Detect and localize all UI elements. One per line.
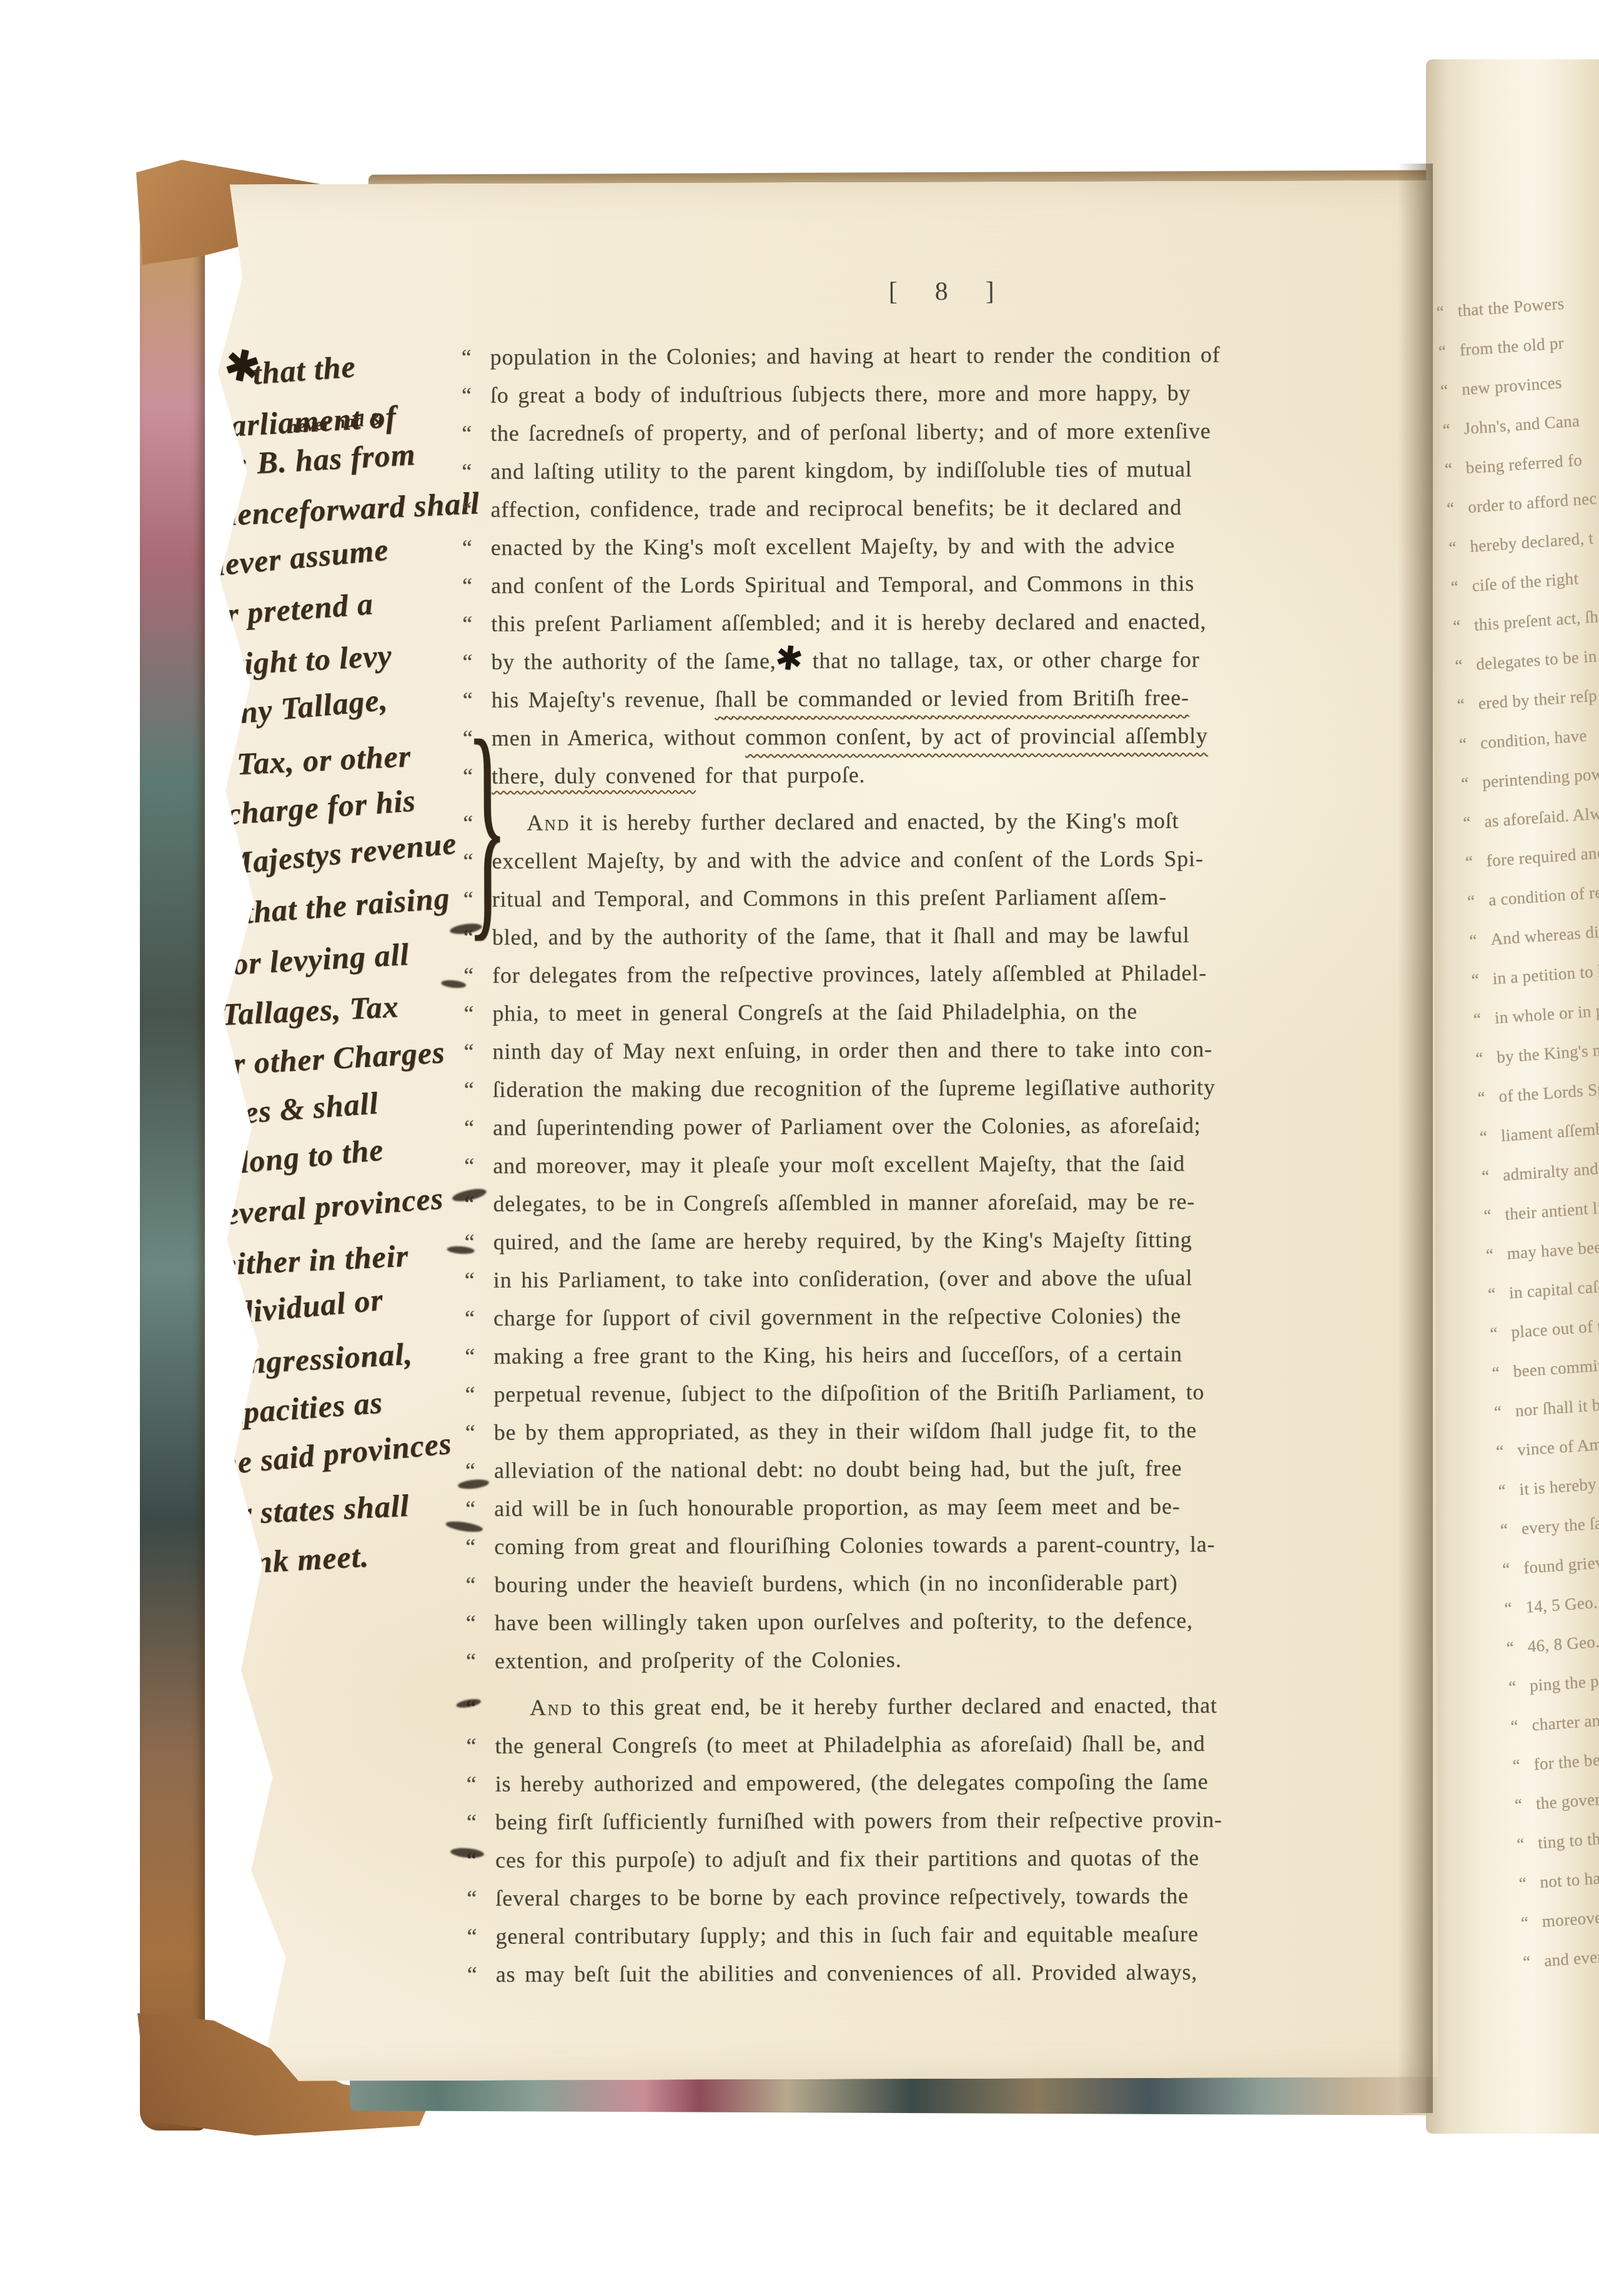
printed-line-text: alleviation of the national debt: no dou… bbox=[494, 1455, 1182, 1484]
quote-mark: “ bbox=[1473, 1008, 1495, 1029]
printed-line: “general contributary ſupply; and this i… bbox=[467, 1920, 1422, 1961]
printed-line-text: affection, confidence, trade and recipro… bbox=[490, 494, 1182, 523]
printed-line-text: quired, and the ſame are hereby required… bbox=[493, 1226, 1192, 1255]
quote-mark: “ bbox=[1508, 1677, 1530, 1697]
printed-line: “and conſent of the Lords Spiritual and … bbox=[462, 569, 1418, 611]
printed-line: “and ſuperintending power of Parliament … bbox=[464, 1111, 1420, 1153]
printed-line-text: and moreover, may it pleaſe your moſt ex… bbox=[493, 1150, 1185, 1179]
quote-mark: “ bbox=[466, 1733, 495, 1759]
quote-mark: “ bbox=[1450, 576, 1473, 597]
printed-line: “ces for this purpoſe) to adjuſt and fix… bbox=[467, 1844, 1422, 1885]
printed-line-text: men in America, without common conſent, … bbox=[492, 722, 1208, 751]
printed-line-text: charge for ſupport of civil government i… bbox=[493, 1303, 1181, 1331]
quote-mark: “ bbox=[1436, 302, 1458, 322]
quote-mark: “ bbox=[1493, 1401, 1516, 1422]
quote-mark: “ bbox=[1522, 1951, 1545, 1972]
quote-mark: “ bbox=[467, 1771, 495, 1797]
quote-mark: “ bbox=[1512, 1755, 1535, 1775]
quote-mark: “ bbox=[1446, 498, 1468, 518]
quote-mark: “ bbox=[465, 1381, 493, 1407]
quote-mark: “ bbox=[463, 725, 492, 751]
printed-text: “population in the Colonies; and having … bbox=[462, 341, 1423, 1999]
quote-mark: “ bbox=[1487, 1283, 1510, 1304]
margin-note-text: think meet. bbox=[217, 1538, 370, 1581]
quote-mark: “ bbox=[463, 886, 492, 912]
margin-note-text: that the bbox=[252, 348, 357, 391]
quote-mark: “ bbox=[1444, 458, 1467, 479]
printed-line: “And to this great end, be it hereby fur… bbox=[466, 1692, 1422, 1733]
margin-note-text: capacities as bbox=[212, 1384, 384, 1432]
quote-mark: “ bbox=[1510, 1716, 1533, 1737]
printed-line-text: bled, and by the authority of the ſame, … bbox=[492, 922, 1190, 950]
quote-mark: “ bbox=[1442, 419, 1465, 440]
printed-line-text: as may beſt ſuit the abilities and conve… bbox=[496, 1959, 1197, 1988]
printed-line: “as may beſt ſuit the abilities and conv… bbox=[467, 1958, 1423, 1999]
margin-note-text: does & shall bbox=[210, 1085, 380, 1132]
quote-mark: “ bbox=[465, 1267, 493, 1293]
printed-line-text: and laſting utility to the parent kingdo… bbox=[490, 456, 1192, 485]
printed-line-text: his Majeſty's revenue, ſhall be commande… bbox=[492, 684, 1189, 713]
printed-line-text: the ſacredneſs of property, and of perſo… bbox=[490, 418, 1211, 446]
printed-line: “affection, confidence, trade and recipr… bbox=[462, 493, 1417, 535]
printed-line-text: population in the Colonies; and having a… bbox=[490, 342, 1220, 370]
printed-line: “perpetual revenue, ſubject to the diſpo… bbox=[465, 1378, 1420, 1419]
printed-line-text: being firſt ſufficiently furniſhed with … bbox=[495, 1806, 1222, 1835]
quote-mark: “ bbox=[467, 1885, 495, 1911]
quote-mark: “ bbox=[1469, 930, 1492, 950]
quote-mark: “ bbox=[1518, 1873, 1541, 1893]
margin-note-text: Tax, or other bbox=[236, 738, 412, 781]
margin-note-text: Tallages, Tax bbox=[220, 988, 400, 1032]
quote-mark: “ bbox=[462, 535, 491, 561]
quote-mark: “ bbox=[462, 382, 490, 408]
printed-line: “his Majeſty's revenue, ſhall be command… bbox=[463, 684, 1418, 725]
quote-mark: “ bbox=[465, 1343, 493, 1369]
quote-mark: “ bbox=[1517, 1833, 1539, 1854]
quote-mark: “ bbox=[462, 573, 491, 599]
printed-line-text: And to this great end, be it hereby furt… bbox=[495, 1692, 1217, 1721]
printed-line-text: phia, to meet in general Congreſs at the… bbox=[492, 998, 1137, 1027]
printed-line-text: ritual and Temporal, and Commons in this… bbox=[492, 884, 1167, 912]
printed-line: “population in the Colonies; and having … bbox=[462, 341, 1417, 382]
printed-line: “charge for ſupport of civil government … bbox=[465, 1302, 1420, 1343]
printed-line: “ſeveral charges to be borne by each pro… bbox=[467, 1882, 1422, 1923]
printed-line: “for delegates from the reſpective provi… bbox=[463, 959, 1419, 1000]
margin-note-text: & that the raising bbox=[210, 880, 451, 932]
quote-mark: “ bbox=[462, 649, 491, 675]
printed-line: “ritual and Temporal, and Commons in thi… bbox=[463, 883, 1419, 924]
quote-mark: “ bbox=[1463, 812, 1485, 833]
printed-line-text: perpetual revenue, ſubject to the diſpoſ… bbox=[493, 1379, 1204, 1407]
printed-line: “ninth day of May next enſuing, in order… bbox=[463, 1035, 1419, 1077]
quote-mark: “ bbox=[1471, 969, 1493, 990]
printed-line-text: ſideration the making due recognition of… bbox=[493, 1074, 1215, 1103]
printed-line: “there, duly convened for that purpoſe. bbox=[463, 760, 1418, 801]
quote-mark: “ bbox=[1490, 1323, 1512, 1343]
printed-line-text: ſo great a body of induſtrious ſubjects … bbox=[490, 380, 1191, 408]
printed-line: “be by them appropriated, as they in the… bbox=[465, 1416, 1421, 1457]
quote-mark: “ bbox=[463, 1038, 492, 1065]
printed-line-text: And it is hereby further declared and en… bbox=[492, 807, 1179, 836]
quote-mark: “ bbox=[462, 458, 490, 485]
printed-line-text: excellent Majeſty, by and with the advic… bbox=[492, 845, 1203, 874]
quote-mark: “ bbox=[1452, 616, 1475, 636]
printed-line: “the ſacredneſs of property, and of perſ… bbox=[462, 417, 1417, 458]
quote-mark: “ bbox=[465, 1419, 494, 1446]
quote-mark: “ bbox=[1520, 1912, 1543, 1933]
printed-line: “is hereby authorized and empowered, (th… bbox=[467, 1768, 1422, 1809]
next-page-text-clip: “that the Powers “from the old pr “new p… bbox=[1426, 247, 1599, 2126]
quote-mark: “ bbox=[1496, 1441, 1518, 1461]
margin-note-text: or pretend a bbox=[209, 586, 374, 633]
printed-line-text: in his Parliament, to take into conſider… bbox=[493, 1264, 1192, 1293]
quote-mark: “ bbox=[466, 1695, 495, 1721]
printed-line-text: and ſuperintending power of Parliament o… bbox=[493, 1112, 1201, 1141]
quote-mark: “ bbox=[463, 1000, 492, 1027]
quote-mark: “ bbox=[462, 420, 490, 446]
printed-line-text: bouring under the heavieſt burdens, whic… bbox=[494, 1569, 1177, 1598]
printed-line: “this preſent Parliament aſſembled; and … bbox=[462, 608, 1418, 649]
printed-line: “delegates, to be in Congreſs aſſembled … bbox=[464, 1188, 1420, 1229]
printed-line-text: enacted by the King's moſt excellent Maj… bbox=[491, 532, 1175, 561]
quote-mark: “ bbox=[1482, 1166, 1504, 1186]
margin-note-text: G: B. has from bbox=[214, 436, 417, 483]
printed-line: “coming from great and flouriſhing Colon… bbox=[465, 1530, 1421, 1572]
printed-line-text: making a free grant to the King, his hei… bbox=[493, 1341, 1182, 1369]
printed-line: “men in America, without common conſent,… bbox=[463, 722, 1418, 763]
printed-line: “making a free grant to the King, his he… bbox=[465, 1340, 1420, 1381]
quote-mark: “ bbox=[467, 1961, 496, 1988]
quote-mark: “ bbox=[466, 1610, 495, 1636]
quote-mark: “ bbox=[463, 962, 492, 988]
printed-line-text: for delegates from the reſpective provin… bbox=[492, 960, 1207, 988]
printed-line: “being firſt ſufficiently furniſhed with… bbox=[467, 1806, 1422, 1847]
gutter-shadow bbox=[1398, 164, 1433, 2113]
printed-line: “bouring under the heavieſt burdens, whi… bbox=[465, 1569, 1421, 1610]
printed-line-text: and conſent of the Lords Spiritual and T… bbox=[491, 570, 1194, 599]
photo-background: “that the Powers “from the old pr “new p… bbox=[0, 0, 1599, 2296]
printed-line-text: the general Congreſs (to meet at Philade… bbox=[495, 1730, 1205, 1759]
quote-mark: “ bbox=[465, 1495, 494, 1522]
printed-line-text: by the authority of the ſame,✱ that no t… bbox=[491, 646, 1199, 675]
printed-line: “in his Parliament, to take into conſide… bbox=[465, 1264, 1420, 1305]
printed-line: “ſideration the making due recognition o… bbox=[464, 1073, 1420, 1115]
printed-line: “by the authority of the ſame,✱ that no … bbox=[462, 646, 1418, 687]
printed-line-text: ces for this purpoſe) to adjuſt and fix … bbox=[495, 1845, 1199, 1873]
quote-mark: “ bbox=[1455, 655, 1477, 676]
printed-line: “aid will be in ſuch honourable proporti… bbox=[465, 1492, 1421, 1534]
printed-line-text: ſeveral charges to be borne by each prov… bbox=[495, 1883, 1189, 1911]
printed-line: “ſo great a body of induſtrious ſubjects… bbox=[462, 379, 1417, 420]
next-page-line-text: that the Powers bbox=[1457, 294, 1565, 320]
margin-note-text: belong to the bbox=[208, 1131, 385, 1182]
printed-line: “excellent Majeſty, by and with the advi… bbox=[463, 845, 1418, 886]
quote-mark: “ bbox=[1465, 851, 1487, 872]
printed-line-text: delegates, to be in Congreſs aſſembled i… bbox=[493, 1188, 1195, 1217]
quote-mark: “ bbox=[1467, 890, 1489, 911]
quote-mark: “ bbox=[467, 1809, 495, 1835]
quote-mark: “ bbox=[1479, 1126, 1502, 1147]
printed-line-text: ninth day of May next enſuing, in order … bbox=[492, 1036, 1212, 1065]
quote-mark: “ bbox=[462, 344, 490, 370]
printed-line: “have been willingly taken upon ourſelve… bbox=[466, 1607, 1422, 1648]
margin-note-text: congressional, bbox=[217, 1336, 413, 1381]
catchword: “that bbox=[468, 2149, 1426, 2178]
margin-note-text: right to levy bbox=[230, 638, 393, 681]
printed-line: “extention, and proſperity of the Coloni… bbox=[466, 1645, 1422, 1686]
quote-mark: “ bbox=[464, 1153, 493, 1179]
printed-line-text: coming from great and flouriſhing Coloni… bbox=[494, 1531, 1215, 1560]
quote-mark: “ bbox=[466, 1648, 495, 1674]
quote-mark: “ bbox=[1500, 1519, 1522, 1540]
printed-line: “enacted by the King's moſt excellent Ma… bbox=[462, 531, 1418, 573]
quote-mark: “ bbox=[1448, 537, 1471, 558]
quote-mark: “ bbox=[1461, 773, 1483, 794]
printed-line: “bled, and by the authority of the ſame,… bbox=[463, 921, 1419, 962]
quote-mark: “ bbox=[1475, 1048, 1498, 1068]
printed-line: “And it is hereby further declared and e… bbox=[463, 807, 1418, 848]
quote-mark: “ bbox=[464, 1115, 493, 1141]
margin-note-text: any Tallage, bbox=[222, 682, 389, 732]
printed-line-text: there, duly convened for that purpoſe. bbox=[492, 762, 865, 789]
quote-mark: “ bbox=[462, 611, 491, 637]
printed-line-text: general contributary ſupply; and this in… bbox=[495, 1921, 1198, 1949]
margin-note-text: or levying all bbox=[231, 937, 410, 982]
book-spine-edge bbox=[140, 170, 205, 2131]
printed-line-text: be by them appropriated, as they in thei… bbox=[494, 1417, 1197, 1446]
printed-line: “alleviation of the national debt: no do… bbox=[465, 1454, 1421, 1495]
margin-note-text: individual or bbox=[209, 1282, 385, 1333]
quote-mark: “ bbox=[463, 763, 492, 789]
quote-mark: “ bbox=[462, 496, 490, 523]
quote-mark: “ bbox=[1477, 1087, 1500, 1108]
next-page-text: “that the Powers “from the old pr “new p… bbox=[1436, 287, 1599, 1992]
catchword-text: that bbox=[1371, 2149, 1405, 2174]
quote-mark: “ bbox=[1504, 1598, 1527, 1619]
printed-line: “and laſting utility to the parent kingd… bbox=[462, 455, 1417, 496]
printed-line-text: aid will be in ſuch honourable proportio… bbox=[494, 1493, 1180, 1522]
marginalia: that the parliament of never had & G: B.… bbox=[209, 351, 488, 1590]
margin-note-text: or states shall bbox=[222, 1488, 410, 1532]
margin-note-text: never assume bbox=[205, 531, 390, 583]
printed-line-text: this preſent Parliament aſſembled; and i… bbox=[491, 608, 1206, 637]
printed-line-text: have been willingly taken upon ourſelves… bbox=[495, 1607, 1193, 1636]
quote-mark: “ bbox=[1352, 2149, 1371, 2174]
quote-mark: “ bbox=[1438, 341, 1460, 362]
quote-mark: “ bbox=[465, 1572, 494, 1598]
quote-mark: “ bbox=[1498, 1480, 1520, 1500]
page-number: [8] bbox=[798, 276, 1086, 307]
quote-mark: “ bbox=[1514, 1794, 1537, 1815]
quote-mark: “ bbox=[1492, 1362, 1514, 1382]
quote-mark: “ bbox=[464, 1077, 493, 1103]
printed-line: “and moreover, may it pleaſe your moſt e… bbox=[464, 1150, 1420, 1191]
printed-line: “phia, to meet in general Congreſs at th… bbox=[463, 997, 1419, 1038]
quote-mark: “ bbox=[1483, 1205, 1506, 1226]
bracket-right: ] bbox=[986, 277, 996, 306]
quote-mark: “ bbox=[463, 687, 492, 713]
quote-mark: “ bbox=[1458, 734, 1481, 754]
quote-mark: “ bbox=[1506, 1637, 1528, 1658]
printed-line: “the general Congreſs (to meet at Philad… bbox=[466, 1730, 1422, 1771]
quote-mark: “ bbox=[1440, 380, 1463, 400]
next-page-sliver: “that the Powers “from the old pr “new p… bbox=[1426, 59, 1599, 2134]
margin-note-text: several provinces bbox=[210, 1180, 444, 1232]
quote-mark: “ bbox=[1457, 694, 1479, 715]
page-number-value: 8 bbox=[935, 277, 949, 306]
book-page: [8] ✱ that the parliament of never had &… bbox=[186, 180, 1439, 2082]
quote-mark: “ bbox=[463, 810, 492, 836]
quote-mark: “ bbox=[1502, 1559, 1525, 1579]
printed-line-text: is hereby authorized and empowered, (the… bbox=[495, 1768, 1209, 1797]
quote-mark: “ bbox=[1485, 1244, 1508, 1265]
quote-mark: “ bbox=[467, 1923, 495, 1949]
bracket-left: [ bbox=[889, 278, 899, 307]
printed-line: “quired, and the ſame are hereby require… bbox=[465, 1226, 1420, 1267]
quote-mark: “ bbox=[465, 1534, 494, 1560]
quote-mark: “ bbox=[465, 1305, 493, 1331]
printed-line-text: extention, and proſperity of the Colonie… bbox=[495, 1647, 902, 1674]
quote-mark: “ bbox=[463, 848, 492, 874]
